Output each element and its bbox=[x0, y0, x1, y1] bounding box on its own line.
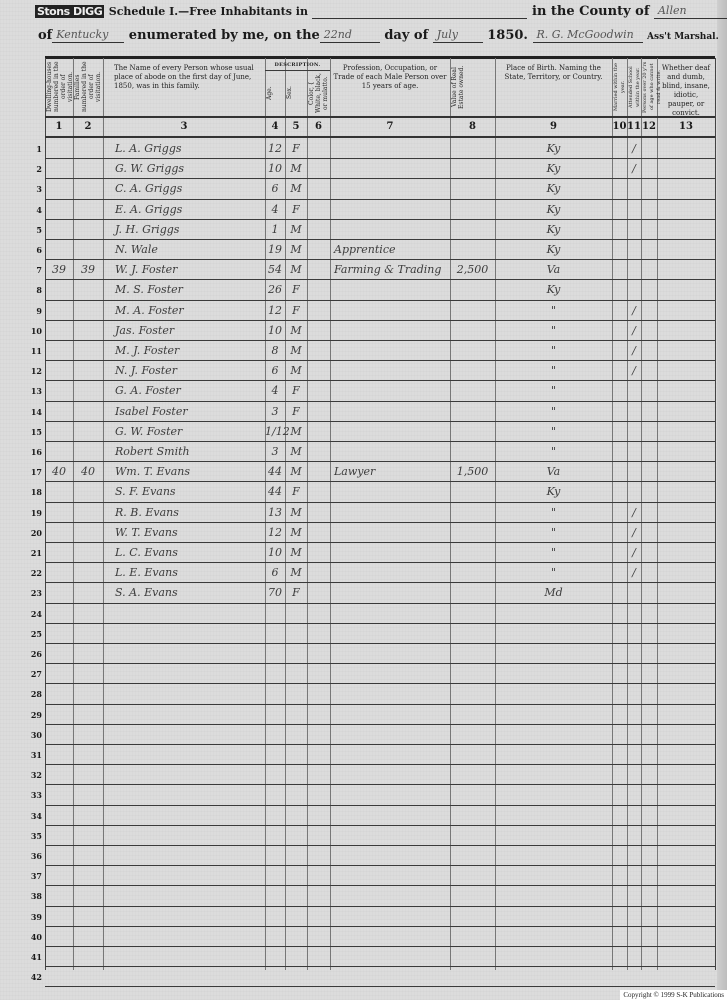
cell-name: Jas. Foster bbox=[115, 324, 269, 337]
county-field: Allen bbox=[654, 4, 727, 19]
column-header-1: Dwelling-houses numbered in the order of… bbox=[46, 60, 72, 114]
line-number: 8 bbox=[18, 285, 42, 295]
cell-age: 8 bbox=[265, 344, 285, 357]
line-number: 24 bbox=[18, 609, 42, 619]
cell-attended-school: / bbox=[627, 506, 641, 519]
column-number-5: 5 bbox=[285, 121, 307, 132]
cell-occupation: Farming & Trading bbox=[334, 263, 446, 276]
column-rule bbox=[715, 58, 716, 970]
column-rule bbox=[641, 58, 642, 970]
line-number: 19 bbox=[18, 508, 42, 518]
cell-name: Robert Smith bbox=[115, 445, 269, 458]
cell-age: 26 bbox=[265, 283, 285, 296]
cell-birthplace: " bbox=[495, 304, 612, 317]
cell-birthplace: Ky bbox=[495, 162, 612, 175]
cell-sex: M bbox=[285, 526, 307, 539]
column-header-10: Married within the year. bbox=[613, 60, 626, 114]
row-rule bbox=[45, 542, 715, 543]
line-number: 35 bbox=[18, 831, 42, 841]
cell-name: E. A. Griggs bbox=[115, 203, 269, 216]
cell-attended-school: / bbox=[627, 162, 641, 175]
cell-age: 1/12 bbox=[265, 425, 285, 438]
row-rule bbox=[45, 178, 715, 179]
column-number-1: 1 bbox=[45, 121, 73, 132]
cell-name: N. Wale bbox=[115, 243, 269, 256]
cell-age: 12 bbox=[265, 142, 285, 155]
cell-name: G. W. Griggs bbox=[115, 162, 269, 175]
header-rule bbox=[45, 116, 715, 118]
row-rule bbox=[45, 199, 715, 200]
line-number: 31 bbox=[18, 750, 42, 760]
column-header-9: Place of Birth. Naming the State, Territ… bbox=[498, 64, 609, 82]
line-number: 15 bbox=[18, 427, 42, 437]
cell-birthplace: " bbox=[495, 344, 612, 357]
line-number: 22 bbox=[18, 568, 42, 578]
column-header-2: Families numbered in the order of visita… bbox=[74, 60, 102, 114]
cell-age: 10 bbox=[265, 546, 285, 559]
row-rule bbox=[45, 279, 715, 280]
cell-sex: M bbox=[285, 364, 307, 377]
of-label: of bbox=[38, 28, 52, 43]
column-number-10: 10 bbox=[612, 121, 627, 132]
cell-birthplace: Va bbox=[495, 465, 612, 478]
cell-sex: M bbox=[285, 506, 307, 519]
cell-age: 13 bbox=[265, 506, 285, 519]
row-rule bbox=[45, 360, 715, 361]
cell-age: 3 bbox=[265, 405, 285, 418]
cell-age: 10 bbox=[265, 324, 285, 337]
line-number: 14 bbox=[18, 407, 42, 417]
line-number: 25 bbox=[18, 629, 42, 639]
column-number-3: 3 bbox=[103, 121, 265, 132]
row-rule bbox=[45, 441, 715, 442]
line-number: 1 bbox=[18, 144, 42, 154]
cell-age: 10 bbox=[265, 162, 285, 175]
line-number: 29 bbox=[18, 710, 42, 720]
cell-birthplace: Ky bbox=[495, 283, 612, 296]
cell-sex: F bbox=[285, 203, 307, 216]
cell-name: L. E. Evans bbox=[115, 566, 269, 579]
cell-age: 44 bbox=[265, 485, 285, 498]
line-number: 12 bbox=[18, 366, 42, 376]
schedule-stamp: Stons DIGG bbox=[35, 5, 104, 18]
column-rule bbox=[612, 58, 613, 970]
line-number: 26 bbox=[18, 649, 42, 659]
cell-birthplace: Ky bbox=[495, 485, 612, 498]
cell-attended-school: / bbox=[627, 546, 641, 559]
row-rule bbox=[45, 764, 715, 765]
cell-attended-school: / bbox=[627, 364, 641, 377]
cell-age: 4 bbox=[265, 384, 285, 397]
cell-attended-school: / bbox=[627, 142, 641, 155]
header-line-1: Stons DIGG Schedule I.—Free Inhabitants … bbox=[35, 4, 727, 19]
column-number-9: 9 bbox=[495, 121, 612, 132]
line-number: 32 bbox=[18, 770, 42, 780]
row-rule bbox=[45, 582, 715, 583]
column-number-4: 4 bbox=[265, 121, 285, 132]
cell-age: 54 bbox=[265, 263, 285, 276]
cell-name: G. W. Foster bbox=[115, 425, 269, 438]
row-rule bbox=[45, 239, 715, 240]
line-number: 9 bbox=[18, 306, 42, 316]
line-number: 42 bbox=[18, 972, 42, 982]
cell-name: M. J. Foster bbox=[115, 344, 269, 357]
line-number: 13 bbox=[18, 386, 42, 396]
cell-birthplace: " bbox=[495, 425, 612, 438]
cell-sex: M bbox=[285, 182, 307, 195]
row-rule bbox=[45, 522, 715, 523]
marshal-label: Ass't Marshal. bbox=[647, 32, 719, 42]
row-rule bbox=[45, 906, 715, 907]
row-rule bbox=[45, 502, 715, 503]
column-rule bbox=[450, 58, 451, 970]
cell-name: L. C. Evans bbox=[115, 546, 269, 559]
column-rule bbox=[657, 58, 658, 970]
place-field bbox=[312, 4, 527, 19]
row-rule bbox=[45, 663, 715, 664]
page-edge bbox=[717, 0, 727, 1000]
cell-age: 19 bbox=[265, 243, 285, 256]
description-group-label: Description. bbox=[265, 61, 330, 70]
line-number: 21 bbox=[18, 548, 42, 558]
line-number: 38 bbox=[18, 891, 42, 901]
row-rule bbox=[45, 481, 715, 482]
cell-name: Wm. T. Evans bbox=[115, 465, 269, 478]
cell-sex: M bbox=[285, 243, 307, 256]
cell-sex: F bbox=[285, 384, 307, 397]
month-field: July bbox=[433, 28, 483, 43]
row-rule bbox=[45, 704, 715, 705]
row-rule bbox=[45, 865, 715, 866]
cell-birthplace: Md bbox=[495, 586, 612, 599]
cell-sex: M bbox=[285, 425, 307, 438]
column-header-12: Persons over 20 y'rs of age who cannot r… bbox=[642, 60, 656, 114]
row-rule bbox=[45, 966, 715, 967]
column-header-6: Color, { White, black, or mulatto. bbox=[308, 72, 329, 114]
column-header-3: The Name of every Person whose usual pla… bbox=[106, 64, 270, 91]
column-rule bbox=[45, 58, 46, 970]
column-header-8: Value of Real Estate owned. bbox=[451, 60, 494, 114]
line-number: 4 bbox=[18, 205, 42, 215]
marshal-field: R. G. McGoodwin bbox=[533, 28, 643, 43]
column-number-7: 7 bbox=[330, 121, 450, 132]
line-number: 41 bbox=[18, 952, 42, 962]
cell-name: M. A. Foster bbox=[115, 304, 269, 317]
row-rule bbox=[45, 926, 715, 927]
line-number: 40 bbox=[18, 932, 42, 942]
cell-dwelling: 40 bbox=[45, 465, 73, 478]
column-header-11: Attended School within the year. bbox=[628, 60, 640, 114]
line-number: 6 bbox=[18, 245, 42, 255]
row-rule bbox=[45, 683, 715, 684]
line-number: 2 bbox=[18, 164, 42, 174]
copyright-notice: Copyright © 1999 S-K Publications bbox=[620, 990, 727, 1000]
day-field: 22nd bbox=[320, 28, 380, 43]
state-field: Kentucky bbox=[52, 28, 124, 43]
row-rule bbox=[45, 320, 715, 321]
row-rule bbox=[45, 219, 715, 220]
cell-age: 6 bbox=[265, 182, 285, 195]
line-number: 36 bbox=[18, 851, 42, 861]
column-rule bbox=[330, 58, 331, 970]
line-number: 16 bbox=[18, 447, 42, 457]
county-label: in the County of bbox=[532, 4, 649, 19]
column-number-8: 8 bbox=[450, 121, 495, 132]
cell-attended-school: / bbox=[627, 526, 641, 539]
row-rule bbox=[45, 562, 715, 563]
cell-birthplace: Ky bbox=[495, 142, 612, 155]
row-rule bbox=[45, 825, 715, 826]
line-number: 37 bbox=[18, 871, 42, 881]
cell-age: 1 bbox=[265, 223, 285, 236]
cell-name: G. A. Foster bbox=[115, 384, 269, 397]
column-number-13: 13 bbox=[657, 121, 715, 132]
line-number: 3 bbox=[18, 184, 42, 194]
cell-birthplace: Ky bbox=[495, 182, 612, 195]
column-number-6: 6 bbox=[307, 121, 330, 132]
line-number: 10 bbox=[18, 326, 42, 336]
cell-name: R. B. Evans bbox=[115, 506, 269, 519]
column-header-4: Age. bbox=[266, 72, 284, 114]
row-rule bbox=[45, 623, 715, 624]
row-rule bbox=[45, 724, 715, 725]
cell-name: S. A. Evans bbox=[115, 586, 269, 599]
row-rule bbox=[45, 784, 715, 785]
row-rule bbox=[45, 158, 715, 159]
column-number-11: 11 bbox=[627, 121, 641, 132]
cell-birthplace: Va bbox=[495, 263, 612, 276]
cell-birthplace: " bbox=[495, 405, 612, 418]
column-rule bbox=[307, 58, 308, 970]
line-number: 20 bbox=[18, 528, 42, 538]
cell-birthplace: " bbox=[495, 384, 612, 397]
cell-birthplace: " bbox=[495, 526, 612, 539]
cell-birthplace: " bbox=[495, 546, 612, 559]
line-number: 5 bbox=[18, 225, 42, 235]
cell-family: 40 bbox=[73, 465, 103, 478]
cell-age: 70 bbox=[265, 586, 285, 599]
cell-attended-school: / bbox=[627, 344, 641, 357]
cell-attended-school: / bbox=[627, 324, 641, 337]
row-rule bbox=[45, 885, 715, 886]
row-rule bbox=[45, 603, 715, 604]
row-rule bbox=[45, 421, 715, 422]
column-header-7: Profession, Occupation, or Trade of each… bbox=[333, 64, 447, 91]
cell-sex: F bbox=[285, 485, 307, 498]
cell-age: 44 bbox=[265, 465, 285, 478]
cell-occupation: Apprentice bbox=[334, 243, 446, 256]
cell-sex: M bbox=[285, 263, 307, 276]
cell-birthplace: Ky bbox=[495, 223, 612, 236]
header-line-2: ofKentucky enumerated by me, on the22nd … bbox=[38, 28, 719, 43]
cell-sex: F bbox=[285, 586, 307, 599]
cell-birthplace: " bbox=[495, 364, 612, 377]
row-rule bbox=[45, 744, 715, 745]
cell-age: 6 bbox=[265, 566, 285, 579]
column-number-2: 2 bbox=[73, 121, 103, 132]
line-number: 30 bbox=[18, 730, 42, 740]
cell-sex: F bbox=[285, 142, 307, 155]
cell-sex: M bbox=[285, 566, 307, 579]
cell-sex: F bbox=[285, 304, 307, 317]
line-number: 18 bbox=[18, 487, 42, 497]
table-top-rule bbox=[45, 56, 715, 59]
cell-sex: M bbox=[285, 445, 307, 458]
row-rule bbox=[45, 259, 715, 260]
cell-name: L. A. Griggs bbox=[115, 142, 269, 155]
row-rule bbox=[45, 401, 715, 402]
cell-birthplace: " bbox=[495, 324, 612, 337]
cell-age: 3 bbox=[265, 445, 285, 458]
line-number: 34 bbox=[18, 811, 42, 821]
line-number: 28 bbox=[18, 689, 42, 699]
cell-birthplace: " bbox=[495, 445, 612, 458]
cell-name: Isabel Foster bbox=[115, 405, 269, 418]
line-number: 27 bbox=[18, 669, 42, 679]
cell-sex: F bbox=[285, 405, 307, 418]
cell-sex: M bbox=[285, 465, 307, 478]
cell-age: 12 bbox=[265, 304, 285, 317]
line-number: 7 bbox=[18, 265, 42, 275]
cell-sex: M bbox=[285, 223, 307, 236]
cell-birthplace: Ky bbox=[495, 203, 612, 216]
number-rule bbox=[45, 136, 715, 138]
row-rule bbox=[45, 946, 715, 947]
cell-sex: F bbox=[285, 283, 307, 296]
cell-age: 12 bbox=[265, 526, 285, 539]
row-rule bbox=[45, 300, 715, 301]
line-number: 33 bbox=[18, 790, 42, 800]
census-page: Stons DIGG Schedule I.—Free Inhabitants … bbox=[0, 0, 727, 1000]
cell-name: W. J. Foster bbox=[115, 263, 269, 276]
cell-name: J. H. Griggs bbox=[115, 223, 269, 236]
cell-sex: M bbox=[285, 162, 307, 175]
cell-name: C. A. Griggs bbox=[115, 182, 269, 195]
enumerated-label: enumerated by me, on the bbox=[129, 28, 320, 43]
row-rule bbox=[45, 845, 715, 846]
cell-name: N. J. Foster bbox=[115, 364, 269, 377]
cell-sex: M bbox=[285, 324, 307, 337]
row-rule bbox=[45, 986, 715, 987]
line-number: 11 bbox=[18, 346, 42, 356]
cell-birthplace: " bbox=[495, 566, 612, 579]
cell-age: 6 bbox=[265, 364, 285, 377]
cell-real-estate: 2,500 bbox=[450, 263, 495, 276]
cell-age: 4 bbox=[265, 203, 285, 216]
description-rule bbox=[265, 70, 330, 71]
column-rule bbox=[73, 58, 74, 970]
cell-birthplace: Ky bbox=[495, 243, 612, 256]
row-rule bbox=[45, 461, 715, 462]
cell-attended-school: / bbox=[627, 304, 641, 317]
year-label: 1850. bbox=[487, 28, 528, 43]
column-number-12: 12 bbox=[641, 121, 657, 132]
cell-birthplace: " bbox=[495, 506, 612, 519]
cell-dwelling: 39 bbox=[45, 263, 73, 276]
line-number: 23 bbox=[18, 588, 42, 598]
day-of-label: day of bbox=[384, 28, 428, 43]
cell-sex: M bbox=[285, 344, 307, 357]
cell-attended-school: / bbox=[627, 566, 641, 579]
row-rule bbox=[45, 380, 715, 381]
column-header-5: Sex. bbox=[286, 72, 306, 114]
column-header-13: Whether deaf and dumb, blind, insane, id… bbox=[660, 64, 712, 118]
cell-name: W. T. Evans bbox=[115, 526, 269, 539]
cell-sex: M bbox=[285, 546, 307, 559]
cell-family: 39 bbox=[73, 263, 103, 276]
cell-occupation: Lawyer bbox=[334, 465, 446, 478]
line-number: 39 bbox=[18, 912, 42, 922]
row-rule bbox=[45, 805, 715, 806]
row-rule bbox=[45, 643, 715, 644]
cell-name: S. F. Evans bbox=[115, 485, 269, 498]
cell-name: M. S. Foster bbox=[115, 283, 269, 296]
cell-real-estate: 1,500 bbox=[450, 465, 495, 478]
line-number: 17 bbox=[18, 467, 42, 477]
column-rule bbox=[103, 58, 104, 970]
schedule-title: Schedule I.—Free Inhabitants in bbox=[109, 5, 308, 18]
row-rule bbox=[45, 340, 715, 341]
